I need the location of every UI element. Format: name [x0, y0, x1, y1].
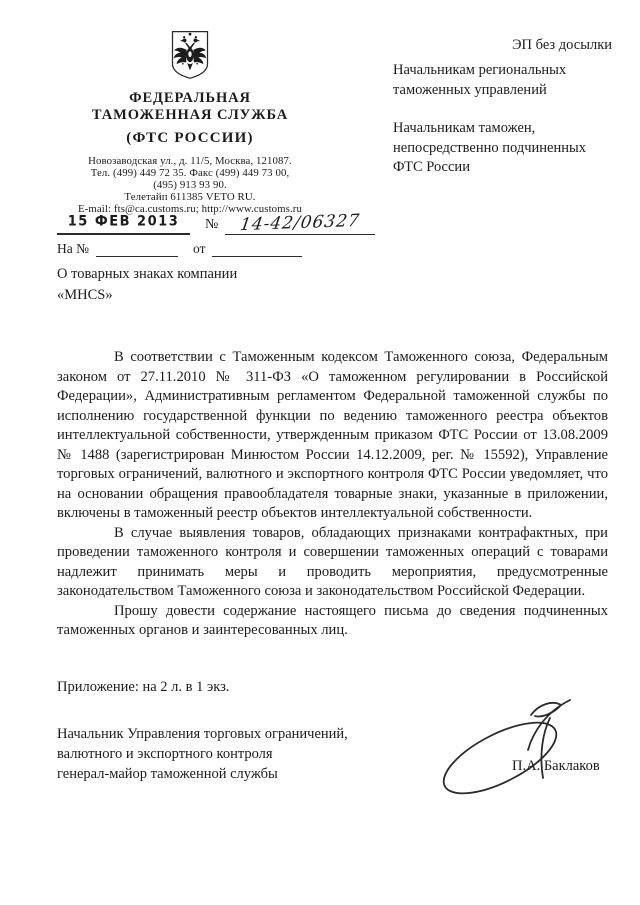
document-page: ФЕДЕРАЛЬНАЯ ТАМОЖЕННАЯ СЛУЖБА (ФТС РОССИ…	[0, 0, 640, 905]
recipient-group-1: Начальникам региональных таможенных упра…	[393, 61, 608, 100]
date-stamp: 15 ФЕВ 2013	[68, 213, 180, 230]
org-abbreviation: (ФТС РОССИИ)	[30, 130, 350, 147]
body-paragraph-2: В случае выявления товаров, обладающих п…	[57, 524, 608, 602]
signer-name: П.А. Баклаков	[512, 758, 600, 775]
reference-row-reply: На № от	[57, 241, 377, 257]
recipient-group-2: Начальникам таможен, непосредственно под…	[393, 119, 608, 178]
body-paragraph-1: В соответствии с Таможенным кодексом Там…	[57, 348, 608, 524]
reference-row-outgoing: 15 ФЕВ 2013 № 14-42/06327	[57, 212, 377, 235]
recipients-block: Начальникам региональных таможенных упра…	[393, 61, 608, 178]
attachment-note: Приложение: на 2 л. в 1 экз.	[57, 679, 229, 696]
reply-date-label: от	[193, 241, 205, 257]
reply-number-blank-field	[96, 241, 178, 257]
date-stamp-field: 15 ФЕВ 2013	[57, 212, 190, 235]
reply-date-blank-field	[212, 241, 302, 257]
delivery-note: ЭП без досылки	[512, 37, 612, 54]
letterhead: ФЕДЕРАЛЬНАЯ ТАМОЖЕННАЯ СЛУЖБА (ФТС РОССИ…	[30, 30, 350, 216]
org-name: ФЕДЕРАЛЬНАЯ ТАМОЖЕННАЯ СЛУЖБА	[30, 90, 350, 123]
signature-stroke-icon	[430, 692, 615, 812]
coat-of-arms-icon	[169, 30, 211, 85]
body-paragraph-3: Прошу довести содержание настоящего пись…	[57, 602, 608, 641]
subject-line: О товарных знаках компании «MHCS»	[57, 264, 337, 305]
reply-number-label: На №	[57, 241, 89, 257]
outgoing-number-field: 14-42/06327	[225, 213, 375, 235]
org-address: Новозаводская ул., д. 11/5, Москва, 1210…	[30, 156, 350, 216]
signer-position: Начальник Управления торговых ограничени…	[57, 724, 387, 784]
outgoing-number-handwritten: 14-42/06327	[239, 211, 362, 235]
letter-body: В соответствии с Таможенным кодексом Там…	[57, 348, 608, 641]
number-sign-label: №	[205, 217, 218, 235]
